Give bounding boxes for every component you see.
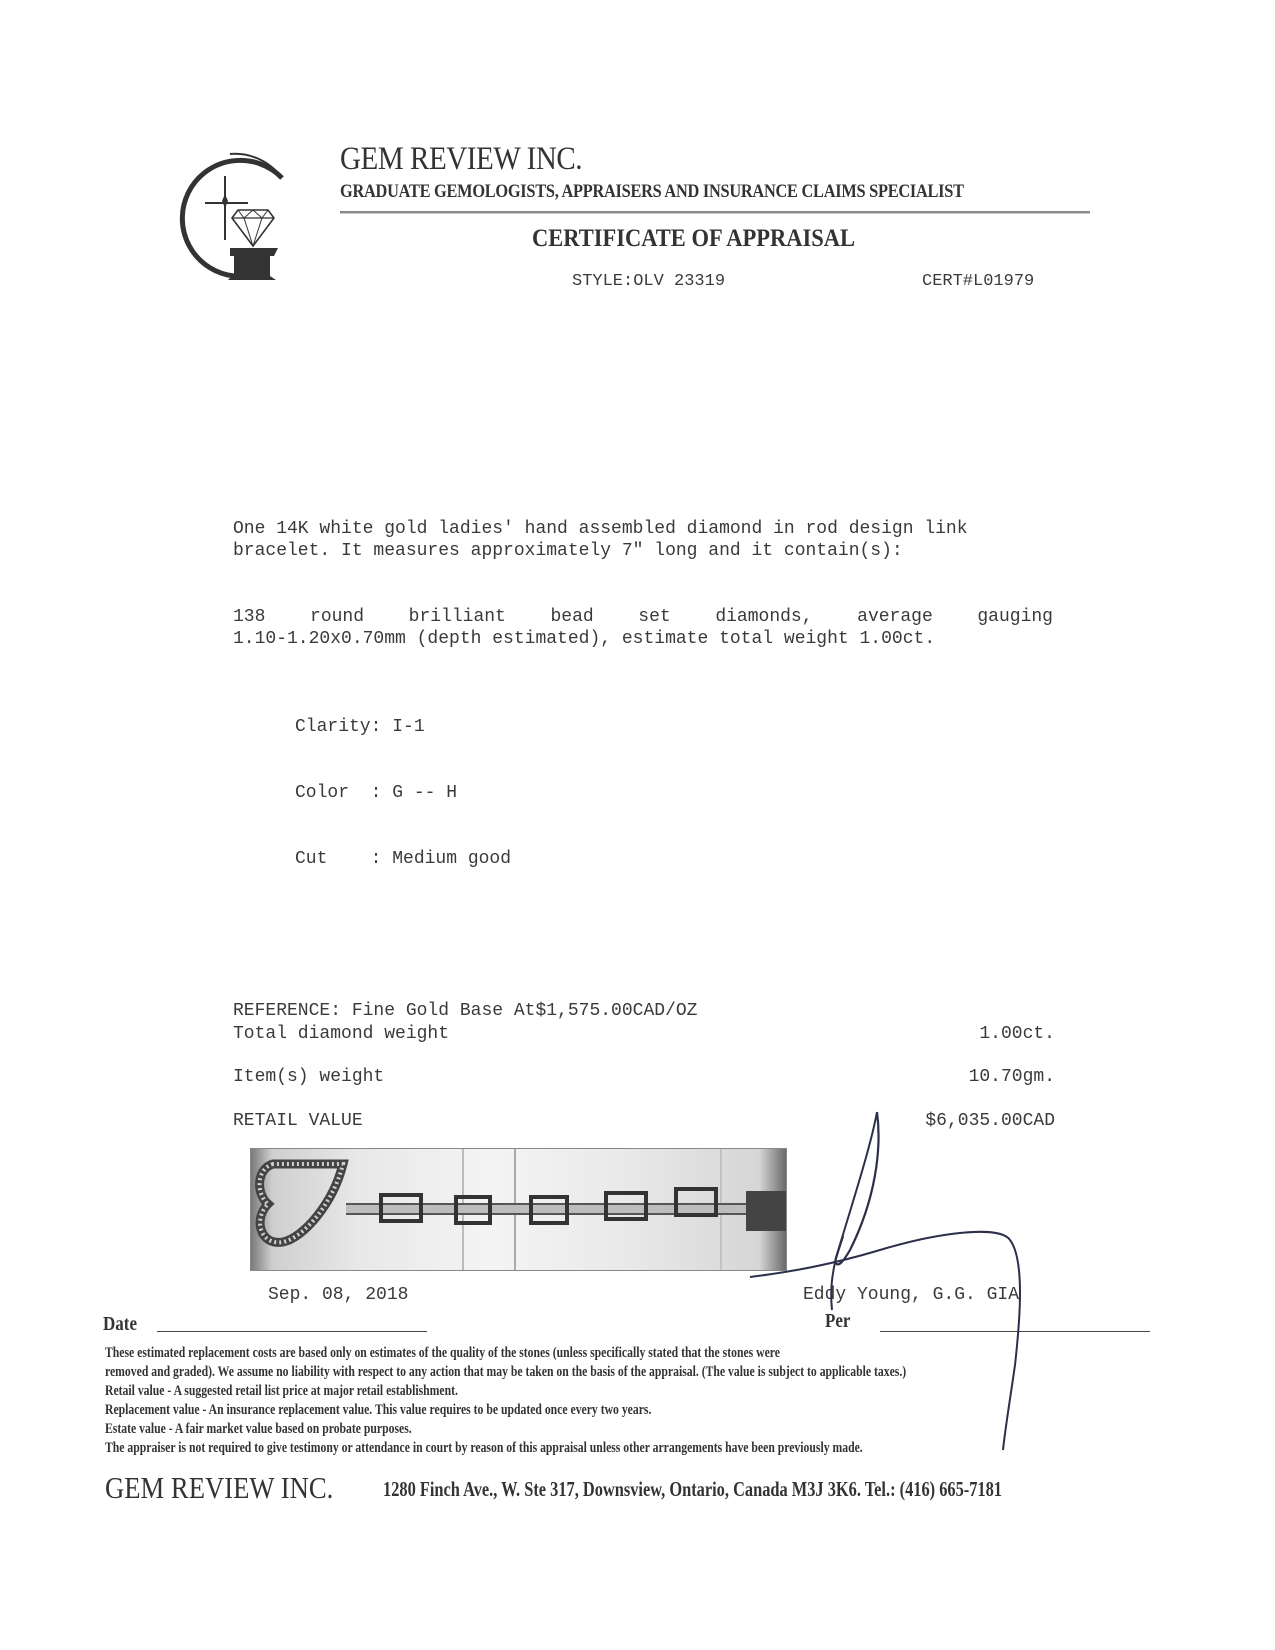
- company-name: GEM REVIEW INC.: [340, 141, 582, 178]
- appraisal-date: Sep. 08, 2018: [268, 1285, 408, 1305]
- appraiser-name: Eddy Young, G.G. GIA: [803, 1285, 1019, 1305]
- bracelet-photo: [250, 1148, 787, 1271]
- retail-value-amount: $6,035.00CAD: [925, 1111, 1055, 1131]
- total-diamond-weight-value: 1.00ct.: [979, 1024, 1055, 1044]
- footer-address: 1280 Finch Ave., W. Ste 317, Downsview, …: [383, 1477, 1002, 1502]
- disclaimer-line: Retail value - A suggested retail list p…: [105, 1383, 458, 1400]
- disclaimer-line: These estimated replacement costs are ba…: [105, 1345, 780, 1362]
- item-description: One 14K white gold ladies' hand assemble…: [233, 518, 968, 562]
- stones-word: round: [310, 606, 364, 628]
- grades-block: Clarity: I-1 Color : G -- H Cut : Medium…: [295, 672, 511, 892]
- date-label: Date: [103, 1313, 137, 1336]
- per-signature-line: [880, 1331, 1150, 1332]
- g-diamond-logo-icon: [170, 148, 295, 283]
- stones-word: bead: [550, 606, 593, 628]
- footer-company-name: GEM REVIEW INC.: [105, 1470, 333, 1506]
- stones-word: brilliant: [409, 606, 506, 628]
- gold-reference: REFERENCE: Fine Gold Base At$1,575.00CAD…: [233, 1001, 697, 1021]
- disclaimer-line: removed and graded). We assume no liabil…: [105, 1364, 906, 1381]
- company-tagline: GRADUATE GEMOLOGISTS, APPRAISERS AND INS…: [340, 181, 964, 203]
- heart-key-link-bracelet-photo: [251, 1149, 786, 1270]
- stones-word: diamonds,: [715, 606, 812, 628]
- stones-line-1: 138 round brilliant bead set diamonds, a…: [233, 606, 1053, 628]
- color-grade: Color : G -- H: [295, 782, 511, 804]
- disclaimer-line: Estate value - A fair market value based…: [105, 1421, 412, 1438]
- clarity-grade: Clarity: I-1: [295, 716, 511, 738]
- item-weight-value: 10.70gm.: [969, 1067, 1055, 1087]
- stones-word: gauging: [977, 606, 1053, 628]
- cut-grade: Cut : Medium good: [295, 848, 511, 870]
- per-label: Per: [825, 1310, 850, 1333]
- description-line-2: bracelet. It measures approximately 7" l…: [233, 540, 968, 562]
- stones-description: 138 round brilliant bead set diamonds, a…: [233, 606, 1053, 650]
- document-title: CERTIFICATE OF APPRAISAL: [532, 225, 855, 253]
- description-line-1: One 14K white gold ladies' hand assemble…: [233, 518, 968, 540]
- item-weight-label: Item(s) weight: [233, 1067, 384, 1087]
- disclaimer-line: The appraiser is not required to give te…: [105, 1440, 863, 1457]
- retail-value-label: RETAIL VALUE: [233, 1111, 363, 1131]
- style-number: STYLE:OLV 23319: [572, 272, 725, 291]
- stones-line-2: 1.10-1.20x0.70mm (depth estimated), esti…: [233, 628, 1053, 650]
- stones-word: average: [857, 606, 933, 628]
- certificate-number: CERT#L01979: [922, 272, 1034, 291]
- stones-word: 138: [233, 606, 265, 628]
- header-divider: [340, 211, 1090, 214]
- disclaimer-line: Replacement value - An insurance replace…: [105, 1402, 651, 1419]
- stones-word: set: [638, 606, 670, 628]
- total-diamond-weight-label: Total diamond weight: [233, 1024, 449, 1044]
- date-signature-line: [157, 1331, 427, 1332]
